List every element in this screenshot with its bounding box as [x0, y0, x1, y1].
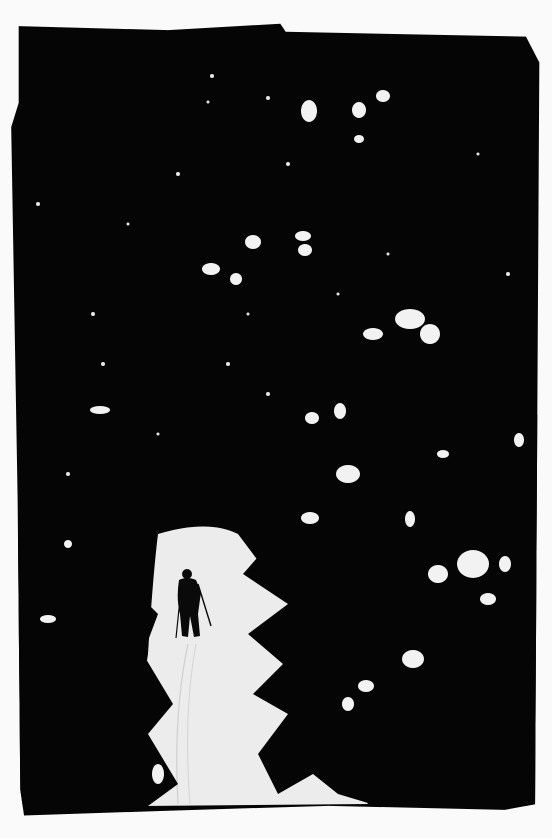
forest-scene	[8, 14, 542, 822]
spruce-right	[243, 414, 542, 806]
snow-speckles	[36, 74, 510, 476]
spruce-left	[8, 534, 178, 806]
photo-print	[8, 14, 542, 822]
